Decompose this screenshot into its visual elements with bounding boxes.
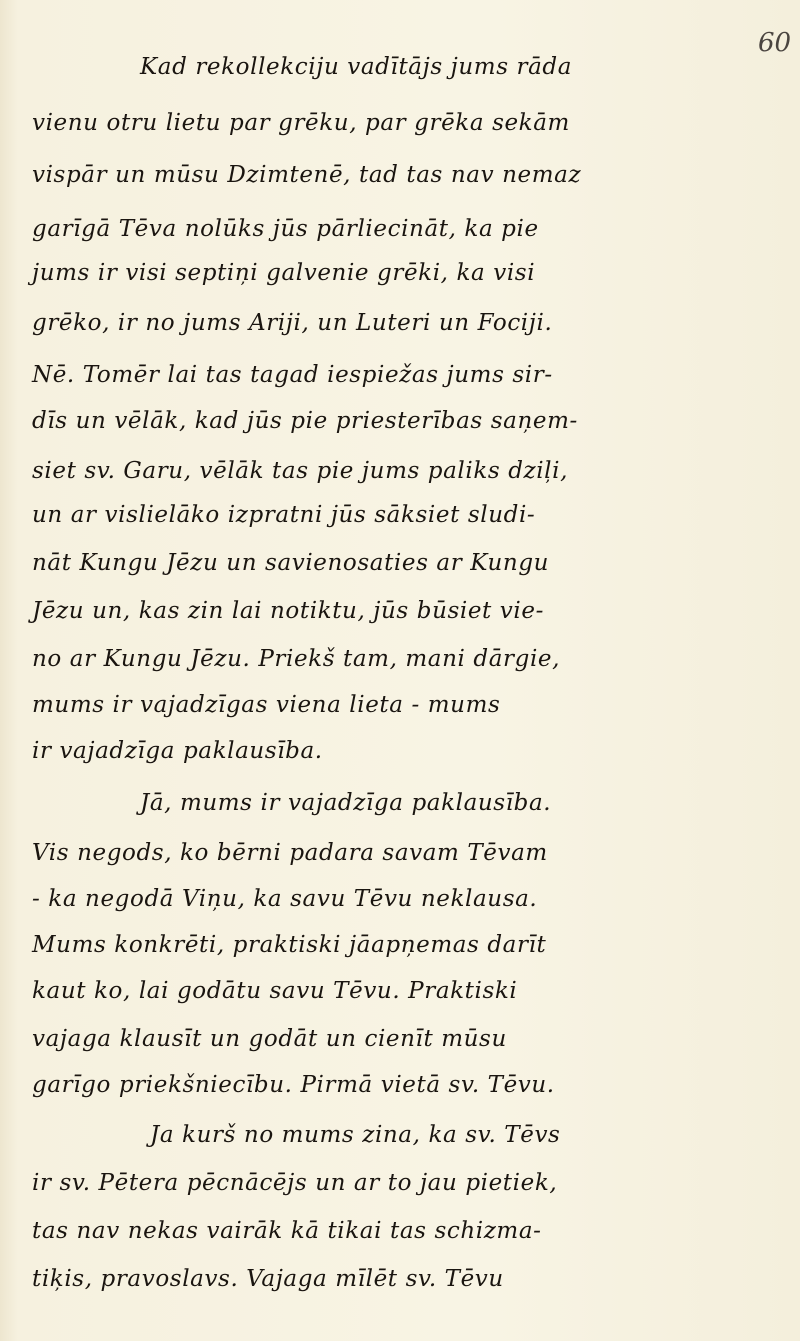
text-line: Vis negods, ko bērni padara savam Tēvam [32, 838, 548, 868]
text-line: tas nav nekas vairāk kā tikai tas schizm… [32, 1216, 542, 1246]
text-line: jums ir visi septiņi galvenie grēki, ka … [32, 258, 535, 288]
text-line: Ja kurš no mums zina, ka sv. Tēvs [150, 1120, 560, 1150]
text-line: mums ir vajadzīgas viena lieta - mums [32, 690, 500, 720]
text-line: Jā, mums ir vajadzīga paklausība. [140, 788, 551, 818]
text-line: Kad rekollekciju vadītājs jums rāda [140, 52, 572, 82]
text-line: Mums konkrēti, praktiski jāapņemas darīt [32, 930, 546, 960]
text-line: garīgo priekšniecību. Pirmā vietā sv. Tē… [32, 1070, 555, 1100]
text-line: no ar Kungu Jēzu. Priekš tam, mani dārgi… [32, 644, 560, 674]
text-line: garīgā Tēva nolūks jūs pārliecināt, ka p… [32, 214, 539, 244]
text-line: vajaga klausīt un godāt un cienīt mūsu [32, 1024, 507, 1054]
text-line: vienu otru lietu par grēku, par grēka se… [32, 108, 570, 138]
page-number: 60 [758, 28, 791, 58]
text-line: vispār un mūsu Dzimtenē, tad tas nav nem… [32, 160, 581, 190]
text-line: - ka negodā Viņu, ka savu Tēvu neklausa. [32, 884, 537, 914]
text-line: kaut ko, lai godātu savu Tēvu. Praktiski [32, 976, 517, 1006]
text-line: siet sv. Garu, vēlāk tas pie jums paliks… [32, 456, 568, 486]
text-line: un ar vislielāko izpratni jūs sāksiet sl… [32, 500, 535, 530]
manuscript-page: 60 Kad rekollekciju vadītājs jums rāda v… [0, 0, 800, 1341]
text-line: ir sv. Pētera pēcnācējs un ar to jau pie… [32, 1168, 557, 1198]
text-line: grēko, ir no jums Ariji, un Luteri un Fo… [32, 308, 552, 338]
text-line: Nē. Tomēr lai tas tagad iespiežas jums s… [32, 360, 553, 390]
text-line: tiķis, pravoslavs. Vajaga mīlēt sv. Tēvu [32, 1264, 504, 1294]
text-line: Jēzu un, kas zin lai notiktu, jūs būsiet… [32, 596, 544, 626]
text-line: ir vajadzīga paklausība. [32, 736, 323, 766]
text-line: nāt Kungu Jēzu un savienosaties ar Kungu [32, 548, 549, 578]
text-line: dīs un vēlāk, kad jūs pie priesterības s… [32, 406, 578, 436]
